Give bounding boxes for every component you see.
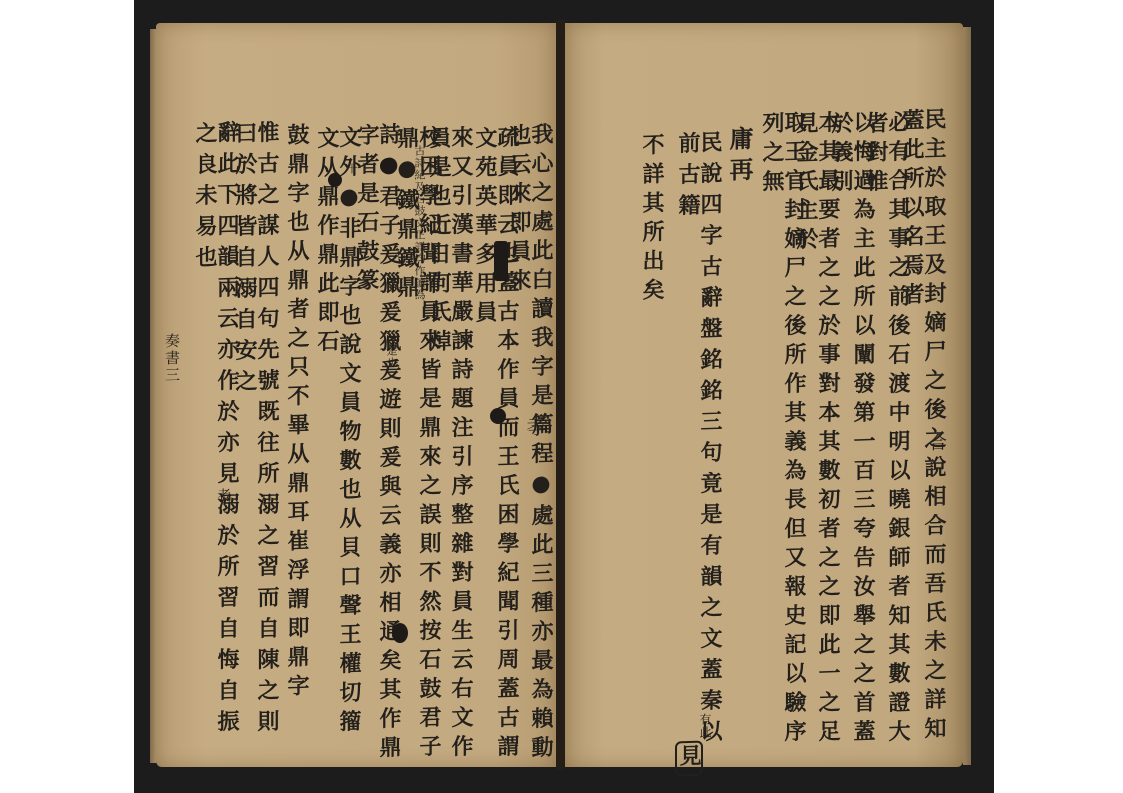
left-page-column-8: 惟古之謀人四句先號既往所溺之習而自陳之則曰於將皆自溺自安之 (234, 120, 278, 768)
left-page-column-6: 文外●非鼎字也說文員物數也从貝口聲王權切籀文从鼎作鼎此即石 (316, 125, 360, 768)
ink-blot (494, 241, 508, 281)
right-page-column-8: 不詳其所出矣 (641, 133, 663, 308)
interlinear-note: 古詩紀及石鼓文正誤均作讀為 (414, 145, 425, 365)
ink-circle-mark (328, 173, 342, 187)
ink-circle-mark (392, 623, 408, 643)
boxed-character: 見 (675, 741, 703, 777)
ink-circle-mark (490, 408, 506, 424)
right-page: 民主於取王及封嫡尸之後之說相合而吾氏未之詳知蓋此所以名焉者 必有合其事之前後石渡… (565, 23, 963, 767)
right-page-column-5: 取王官封嫡尸之後所作其義為長但又報史記以驗序列之無 (761, 110, 805, 768)
interlinear-note-2: 是也 (386, 345, 397, 369)
book-gutter (556, 20, 565, 770)
right-page-column-7: 民說四字古辭盤銘銘三句竟是有韻之文蓋秦以前古籍 (677, 130, 721, 768)
side-note: 有此 (699, 713, 711, 739)
ink-circle-mark (380, 158, 396, 174)
right-page-column-6: 庸再 (727, 126, 751, 189)
page-label: 奏書三 (164, 333, 179, 385)
left-page: 我心之處此白讀我字是篇程●處此三種亦最為賴動也云來即員來 疏員即云也蓋古本作員而… (156, 23, 556, 767)
side-note: 者 (216, 488, 230, 504)
margin-note: 孝 (524, 415, 546, 440)
left-page-column-5: 詩●君子爰獵爰獵爰遊則爰與云義亦相通矣其作鼎字者是石鼓篆 (356, 122, 400, 768)
margin-note: 合 (927, 433, 945, 454)
left-page-column-7: 鼓鼎字也从鼎者之只不畢从鼎耳崔浮謂即鼎字 (286, 123, 308, 704)
left-page-column-9: 辭此下四韻兩云亦作於亦見溺於所習自悔自振之良未易也 (194, 120, 238, 768)
left-page-column-2: 疏員即云也蓋古本作員而王氏困學紀聞引周蓋古謂文苑英華多用員 (474, 125, 518, 768)
side-note-2: 十 (346, 163, 357, 175)
